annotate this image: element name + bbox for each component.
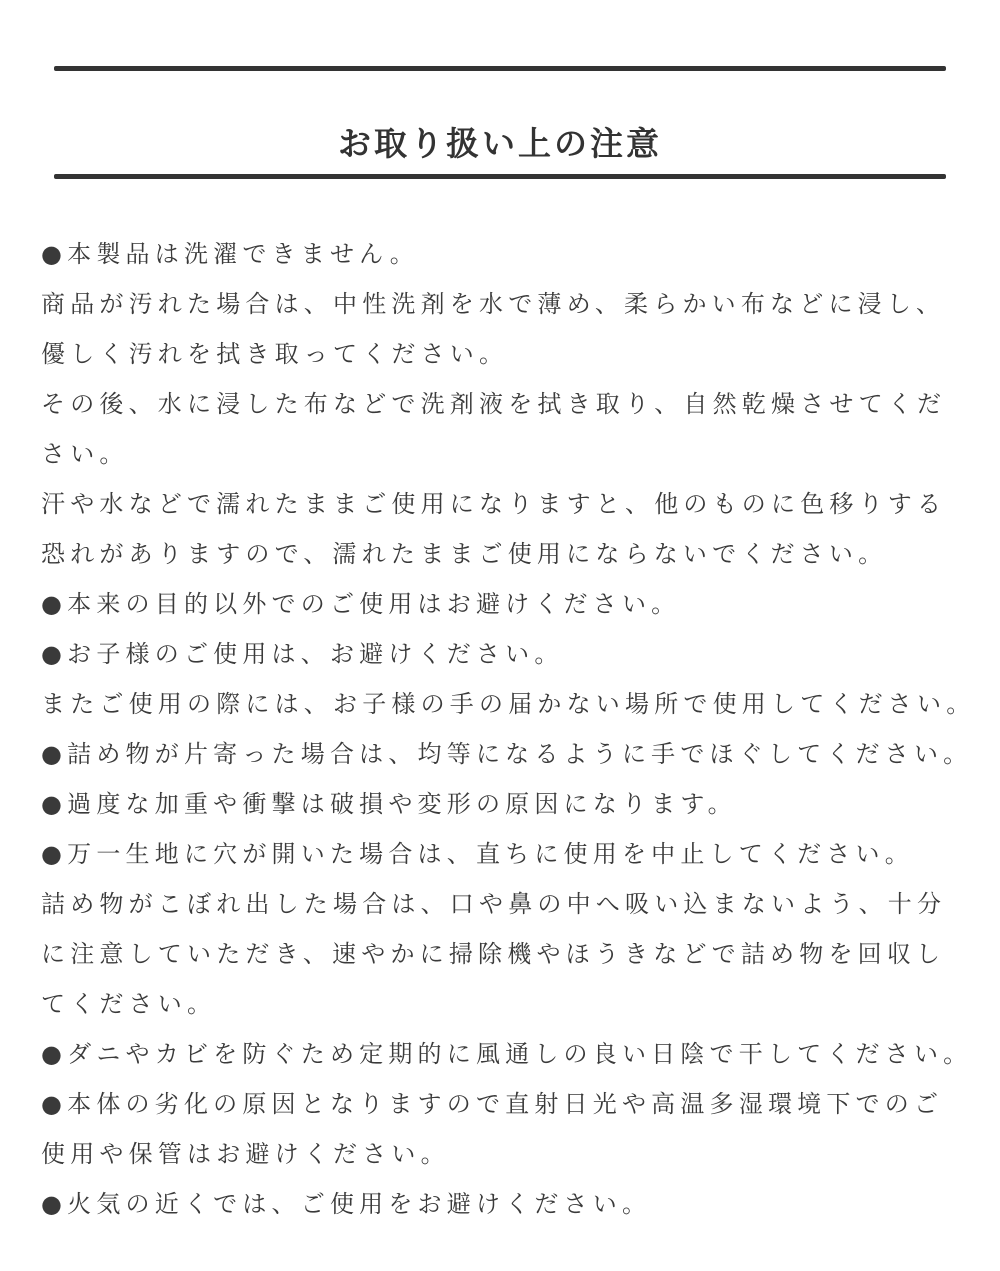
instruction-line: その後、水に浸した布などで洗剤液を拭き取り、自然乾燥させてくだ <box>41 379 971 429</box>
instruction-line: 恐れがありますので、濡れたままご使用にならないでください。 <box>41 529 971 579</box>
instruction-line: 商品が汚れた場合は、中性洗剤を水で薄め、柔らかい布などに浸し、 <box>41 279 971 329</box>
instruction-line: ●万一生地に穴が開いた場合は、直ちに使用を中止してください。 <box>41 829 971 879</box>
instruction-line: ●お子様のご使用は、お避けください。 <box>41 629 971 679</box>
instruction-line: 優しく汚れを拭き取ってください。 <box>41 329 971 379</box>
instruction-line: てください。 <box>41 979 971 1029</box>
instruction-line: ●過度な加重や衝撃は破損や変形の原因になります。 <box>41 779 971 829</box>
instruction-line: ●火気の近くでは、ご使用をお避けください。 <box>41 1179 971 1229</box>
top-divider <box>54 66 946 71</box>
instruction-line: に注意していただき、速やかに掃除機やほうきなどで詰め物を回収し <box>41 929 971 979</box>
care-instructions-list: ●本製品は洗濯できません。 商品が汚れた場合は、中性洗剤を水で薄め、柔らかい布な… <box>41 229 971 1229</box>
instruction-line: またご使用の際には、お子様の手の届かない場所で使用してください。 <box>41 679 971 729</box>
section-title: お取り扱い上の注意 <box>0 118 1000 170</box>
instruction-line: ●本来の目的以外でのご使用はお避けください。 <box>41 579 971 629</box>
instruction-line: 詰め物がこぼれ出した場合は、口や鼻の中へ吸い込まないよう、十分 <box>41 879 971 929</box>
instruction-line: ●本体の劣化の原因となりますので直射日光や高温多湿環境下でのご <box>41 1079 971 1129</box>
instruction-line: 使用や保管はお避けください。 <box>41 1129 971 1179</box>
instruction-line: 汗や水などで濡れたままご使用になりますと、他のものに色移りする <box>41 479 971 529</box>
instruction-line: ●詰め物が片寄った場合は、均等になるように手でほぐしてください。 <box>41 729 971 779</box>
bottom-divider <box>54 174 946 179</box>
instruction-line: ●本製品は洗濯できません。 <box>41 229 971 279</box>
instruction-line: ●ダニやカビを防ぐため定期的に風通しの良い日陰で干してください。 <box>41 1029 971 1079</box>
instruction-line: さい。 <box>41 429 971 479</box>
